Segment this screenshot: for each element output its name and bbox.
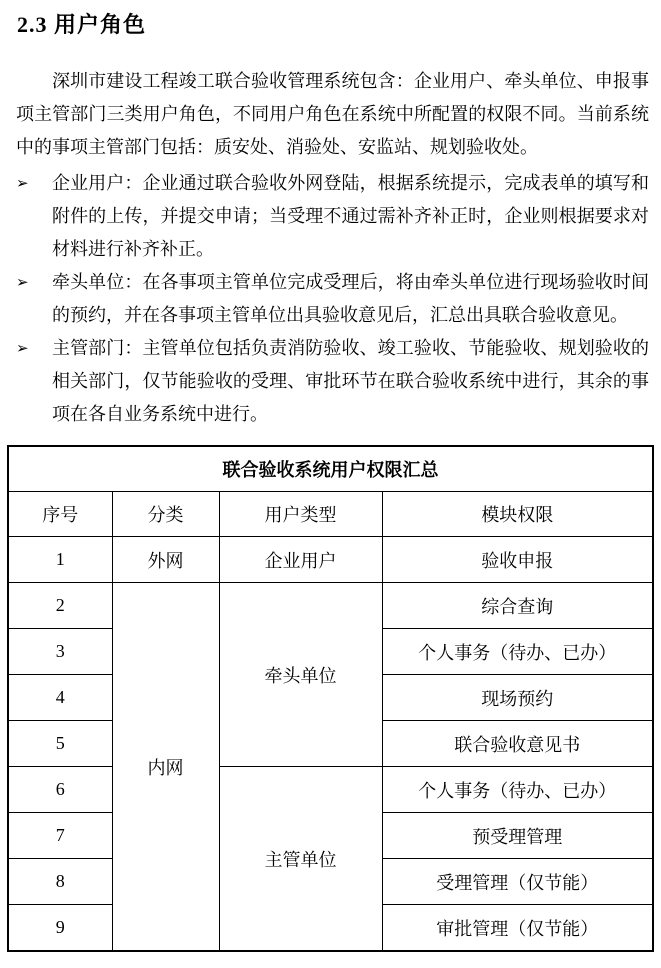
col-header-user-type: 用户类型 <box>219 492 382 537</box>
bullet-lead-unit: ➢ 牵头单位：在各事项主管单位完成受理后，将由牵头单位进行现场验收时间的预约，并… <box>16 266 649 332</box>
cell-category-external: 外网 <box>112 537 219 583</box>
col-header-permission: 模块权限 <box>382 492 653 537</box>
cell-permission: 验收申报 <box>382 537 653 583</box>
arrow-bullet-icon: ➢ <box>16 266 52 332</box>
cell-usertype-enterprise: 企业用户 <box>219 537 382 583</box>
section-heading: 2.3 用户角色 <box>17 11 661 39</box>
cell-no: 9 <box>8 905 112 952</box>
intro-paragraph: 深圳市建设工程竣工联合验收管理系统包含：企业用户、牵头单位、申报事项主管部门三类… <box>16 65 649 164</box>
cell-permission: 现场预约 <box>382 675 653 721</box>
cell-usertype-authority-unit: 主管单位 <box>219 767 382 952</box>
bullet-enterprise-user: ➢ 企业用户：企业通过联合验收外网登陆，根据系统提示，完成表单的填写和附件的上传… <box>16 167 649 266</box>
cell-no: 5 <box>8 721 112 767</box>
table-row: 2 内网 牵头单位 综合查询 <box>8 583 653 629</box>
cell-no: 7 <box>8 813 112 859</box>
cell-no: 2 <box>8 583 112 629</box>
document-page: 2.3 用户角色 深圳市建设工程竣工联合验收管理系统包含：企业用户、牵头单位、申… <box>0 0 661 952</box>
cell-permission: 预受理管理 <box>382 813 653 859</box>
table-header-row: 序号 分类 用户类型 模块权限 <box>8 492 653 537</box>
cell-no: 8 <box>8 859 112 905</box>
bullet-enterprise-user-text: 企业用户：企业通过联合验收外网登陆，根据系统提示，完成表单的填写和附件的上传，并… <box>52 167 649 266</box>
table-title-row: 联合验收系统用户权限汇总 <box>8 446 653 492</box>
bullet-authority-dept-text: 主管部门：主管单位包括负责消防验收、竣工验收、节能验收、规划验收的相关部门，仅节… <box>52 332 649 431</box>
role-bullet-list: ➢ 企业用户：企业通过联合验收外网登陆，根据系统提示，完成表单的填写和附件的上传… <box>0 167 649 431</box>
arrow-bullet-icon: ➢ <box>16 332 52 431</box>
bullet-lead-unit-text: 牵头单位：在各事项主管单位完成受理后，将由牵头单位进行现场验收时间的预约，并在各… <box>52 266 649 332</box>
cell-permission: 综合查询 <box>382 583 653 629</box>
cell-category-internal: 内网 <box>112 583 219 952</box>
table-row: 1 外网 企业用户 验收申报 <box>8 537 653 583</box>
permissions-table: 联合验收系统用户权限汇总 序号 分类 用户类型 模块权限 1 外网 企业用户 验… <box>7 445 654 952</box>
cell-no: 3 <box>8 629 112 675</box>
cell-no: 4 <box>8 675 112 721</box>
table-row: 6 主管单位 个人事务（待办、已办） <box>8 767 653 813</box>
cell-no: 6 <box>8 767 112 813</box>
cell-no: 1 <box>8 537 112 583</box>
cell-permission: 审批管理（仅节能） <box>382 905 653 952</box>
bullet-authority-dept: ➢ 主管部门：主管单位包括负责消防验收、竣工验收、节能验收、规划验收的相关部门，… <box>16 332 649 431</box>
cell-permission: 受理管理（仅节能） <box>382 859 653 905</box>
arrow-bullet-icon: ➢ <box>16 167 52 266</box>
cell-permission: 个人事务（待办、已办） <box>382 767 653 813</box>
cell-permission: 联合验收意见书 <box>382 721 653 767</box>
table-title: 联合验收系统用户权限汇总 <box>8 446 653 492</box>
col-header-category: 分类 <box>112 492 219 537</box>
col-header-no: 序号 <box>8 492 112 537</box>
cell-usertype-lead-unit: 牵头单位 <box>219 583 382 767</box>
cell-permission: 个人事务（待办、已办） <box>382 629 653 675</box>
